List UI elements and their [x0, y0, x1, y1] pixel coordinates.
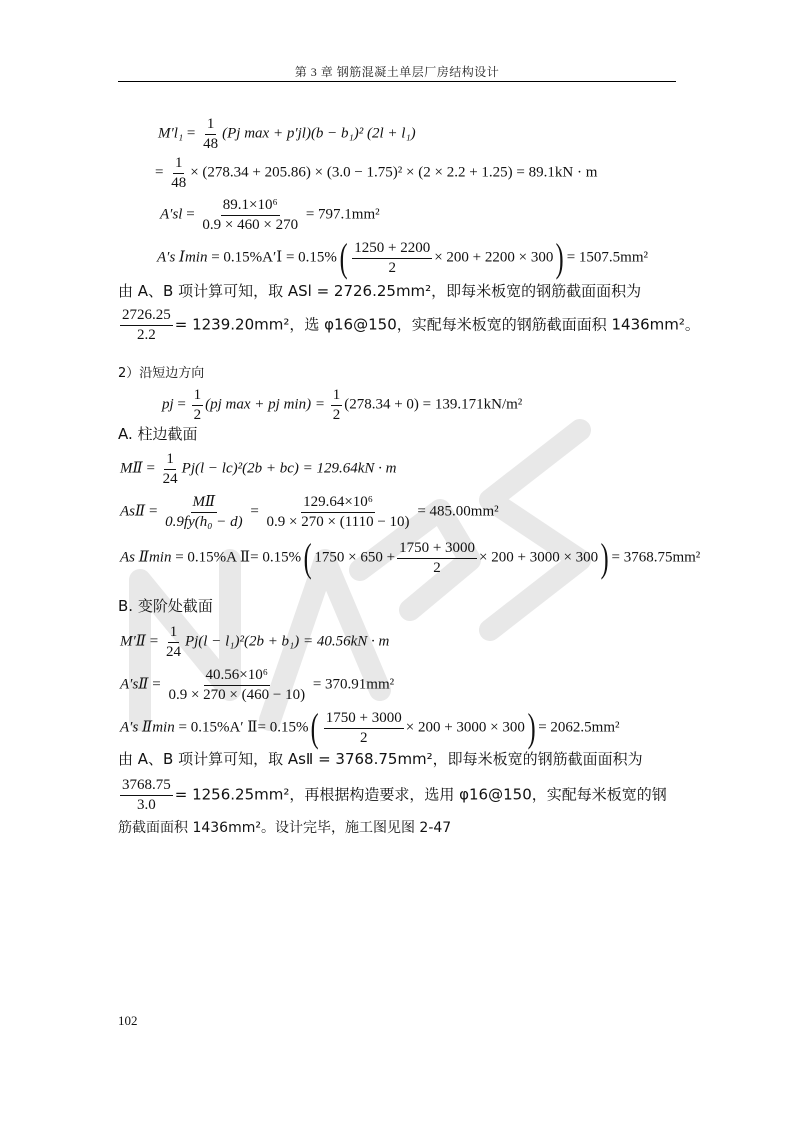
- formula-as-ll-prime: A′sⅡ = 40.56×10⁶0.9 × 270 × (460 − 10) =…: [120, 667, 394, 703]
- formula-m-l1-definition: M′l₁ = 148(Pj max + p′jl)(b − b₁)² (2l +…: [158, 116, 416, 152]
- formula-as-ll: AsⅡ = MⅡ0.9fy(h₀ − d) = 129.64×10⁶0.9 × …: [120, 494, 499, 530]
- formula-m-ll: MⅡ = 124Pj(l − lc)²(2b + bc) = 129.64kN …: [120, 451, 397, 487]
- paragraph-2-line-3: 筋截面面积 1436mm²。设计完毕，施工图见图 2-47: [118, 821, 451, 835]
- header-divider: [118, 81, 676, 82]
- section-a-heading: A. 柱边截面: [118, 427, 198, 442]
- chapter-header: 第 3 章 钢筋混凝土单层厂房结构设计: [118, 63, 676, 80]
- section-b-heading: B. 变阶处截面: [118, 599, 213, 614]
- paragraph-2-line-1: 由 A、B 项计算可知，取 AsⅡ = 3768.75mm²，即每米板宽的钢筋截…: [118, 752, 643, 767]
- formula-m-l1-calculation: = 148× (278.34 + 205.86) × (3.0 − 1.75)²…: [155, 155, 597, 191]
- paragraph-1-line-2: 2726.252.2= 1239.20mm²，选 φ16@150，实配每米板宽的…: [118, 307, 700, 343]
- formula-pj: pj = 12(pj max + pj min) = 12(278.34 + 0…: [162, 387, 522, 423]
- paragraph-2-line-2: 3768.753.0= 1256.25mm²，再根据构造要求，选用 φ16@15…: [118, 777, 667, 813]
- paragraph-1-line-1: 由 A、B 项计算可知，取 ASl = 2726.25mm²，即每米板宽的钢筋截…: [118, 284, 641, 299]
- page-number: 102: [118, 1013, 138, 1029]
- formula-as-ll-min: As Ⅱmin = 0.15%A Ⅱ= 0.15%(1750 × 650 +17…: [120, 540, 700, 576]
- formula-as-ll-prime-min: A′s Ⅱmin = 0.15%A′ Ⅱ= 0.15%(1750 + 30002…: [120, 710, 620, 746]
- formula-m-ll-prime: M′Ⅱ = 124Pj(l − l₁)²(2b + b₁) = 40.56kN …: [120, 624, 389, 660]
- section-short-side-heading: 2）沿短边方向: [118, 367, 204, 380]
- formula-as-l: A′sl = 89.1×10⁶0.9 × 460 × 270 = 797.1mm…: [160, 197, 380, 233]
- document-page: 第 3 章 钢筋混凝土单层厂房结构设计 M′l₁ = 148(Pj max + …: [0, 0, 793, 1122]
- formula-as-l-min: A′s Ⅰmin = 0.15%A′Ⅰ = 0.15%(1250 + 22002…: [157, 240, 648, 276]
